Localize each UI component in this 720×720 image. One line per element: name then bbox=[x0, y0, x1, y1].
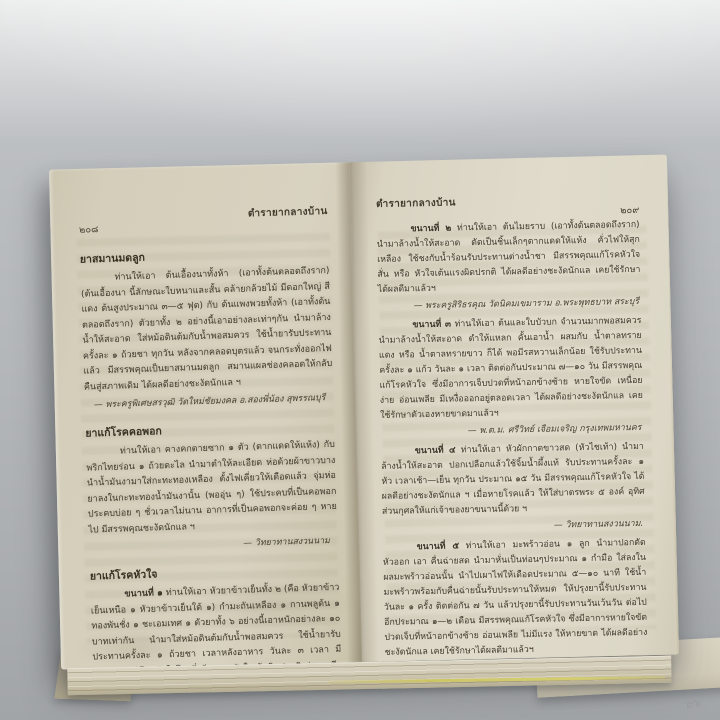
recipe-number: ขนานที่ ๔ bbox=[415, 445, 456, 456]
section-text: ท่านให้เอา ต้นเอื้องนาทั้งห้า (เอาทั้งต้… bbox=[81, 266, 333, 392]
recipe-number: ขนานที่ ๓ bbox=[412, 320, 451, 331]
recipe-4: ขนานที่ ๔ ท่านให้เอา หัวผักกาดขาวสด (หัว… bbox=[381, 440, 645, 520]
right-page: ตำรายากลางบ้าน ๒๐๙ ขนานที่ ๒ ท่านให้เอา … bbox=[350, 155, 679, 663]
page-number-left: ๒๐๘ bbox=[79, 222, 99, 238]
recipe-number: ขนานที่ ๒ bbox=[410, 224, 451, 235]
recipe-text: ท่านให้เอา มะพร้าวอ่อน ๑ ลูก นำมาปอกตัดห… bbox=[383, 538, 648, 658]
photo-background: ๒๐๘ ตำรายากลางบ้าน ยาสมานมดลูก ท่านให้เอ… bbox=[0, 0, 720, 720]
recipe-3: ขนานที่ ๓ ท่านให้เอา ต้นและใบบัวบก จำนวน… bbox=[378, 314, 643, 424]
section-body-goiter: ท่านให้เอา คางคกตายซาก ๑ ตัว (ตากแดดให้แ… bbox=[86, 438, 338, 539]
recipe-text: ท่านให้เอา ต้นและใบบัวบก จำนวนมากพอสมควร… bbox=[379, 316, 643, 421]
running-header-left: ตำรายากลางบ้าน bbox=[248, 204, 328, 221]
section-title-goiter: ยาแก้โรคคอพอก bbox=[85, 417, 334, 442]
open-book: ๒๐๘ ตำรายากลางบ้าน ยาสมานมดลูก ท่านให้เอ… bbox=[49, 155, 679, 670]
left-page: ๒๐๘ ตำรายากลางบ้าน ยาสมานมดลูก ท่านให้เอ… bbox=[49, 162, 362, 669]
running-header-right: ตำรายากลางบ้าน bbox=[376, 195, 456, 212]
right-page-content: ตำรายากลางบ้าน ๒๐๙ ขนานที่ ๒ ท่านให้เอา … bbox=[351, 155, 678, 662]
page-number-right: ๒๐๙ bbox=[620, 203, 639, 218]
section-title-heart: ยาแก้โรคหัวใจ bbox=[90, 560, 339, 585]
left-page-content: ๒๐๘ ตำรายากลางบ้าน ยาสมานมดลูก ท่านให้เอ… bbox=[49, 162, 362, 669]
recipe-2: ขนานที่ ๒ ท่านให้เอา ต้นไมยราบ (เอาทั้งต… bbox=[376, 218, 640, 298]
section-body-uterus: ท่านให้เอา ต้นเอื้องนาทั้งห้า (เอาทั้งต้… bbox=[80, 264, 333, 396]
pencil-mark: ๙๖ bbox=[685, 693, 702, 712]
section-title-uterus: ยาสมานมดลูก bbox=[80, 243, 329, 268]
recipe-number: ขนานที่ ๑ bbox=[124, 588, 163, 599]
recipe-number: ขนานที่ ๕ bbox=[417, 541, 460, 552]
recipe-5: ขนานที่ ๕ ท่านให้เอา มะพร้าวอ่อน ๑ ลูก น… bbox=[383, 536, 648, 661]
yellow-page-edge bbox=[327, 676, 665, 684]
section-body-heart-1: ขนานที่ ๑ ท่านให้เอา หัวยาข้าวเย็นทั้ง ๒… bbox=[90, 581, 342, 670]
section-text: ท่านให้เอา คางคกตายซาก ๑ ตัว (ตากแดดให้แ… bbox=[86, 440, 337, 535]
left-page-header-row: ๒๐๘ ตำรายากลางบ้าน bbox=[78, 204, 328, 238]
